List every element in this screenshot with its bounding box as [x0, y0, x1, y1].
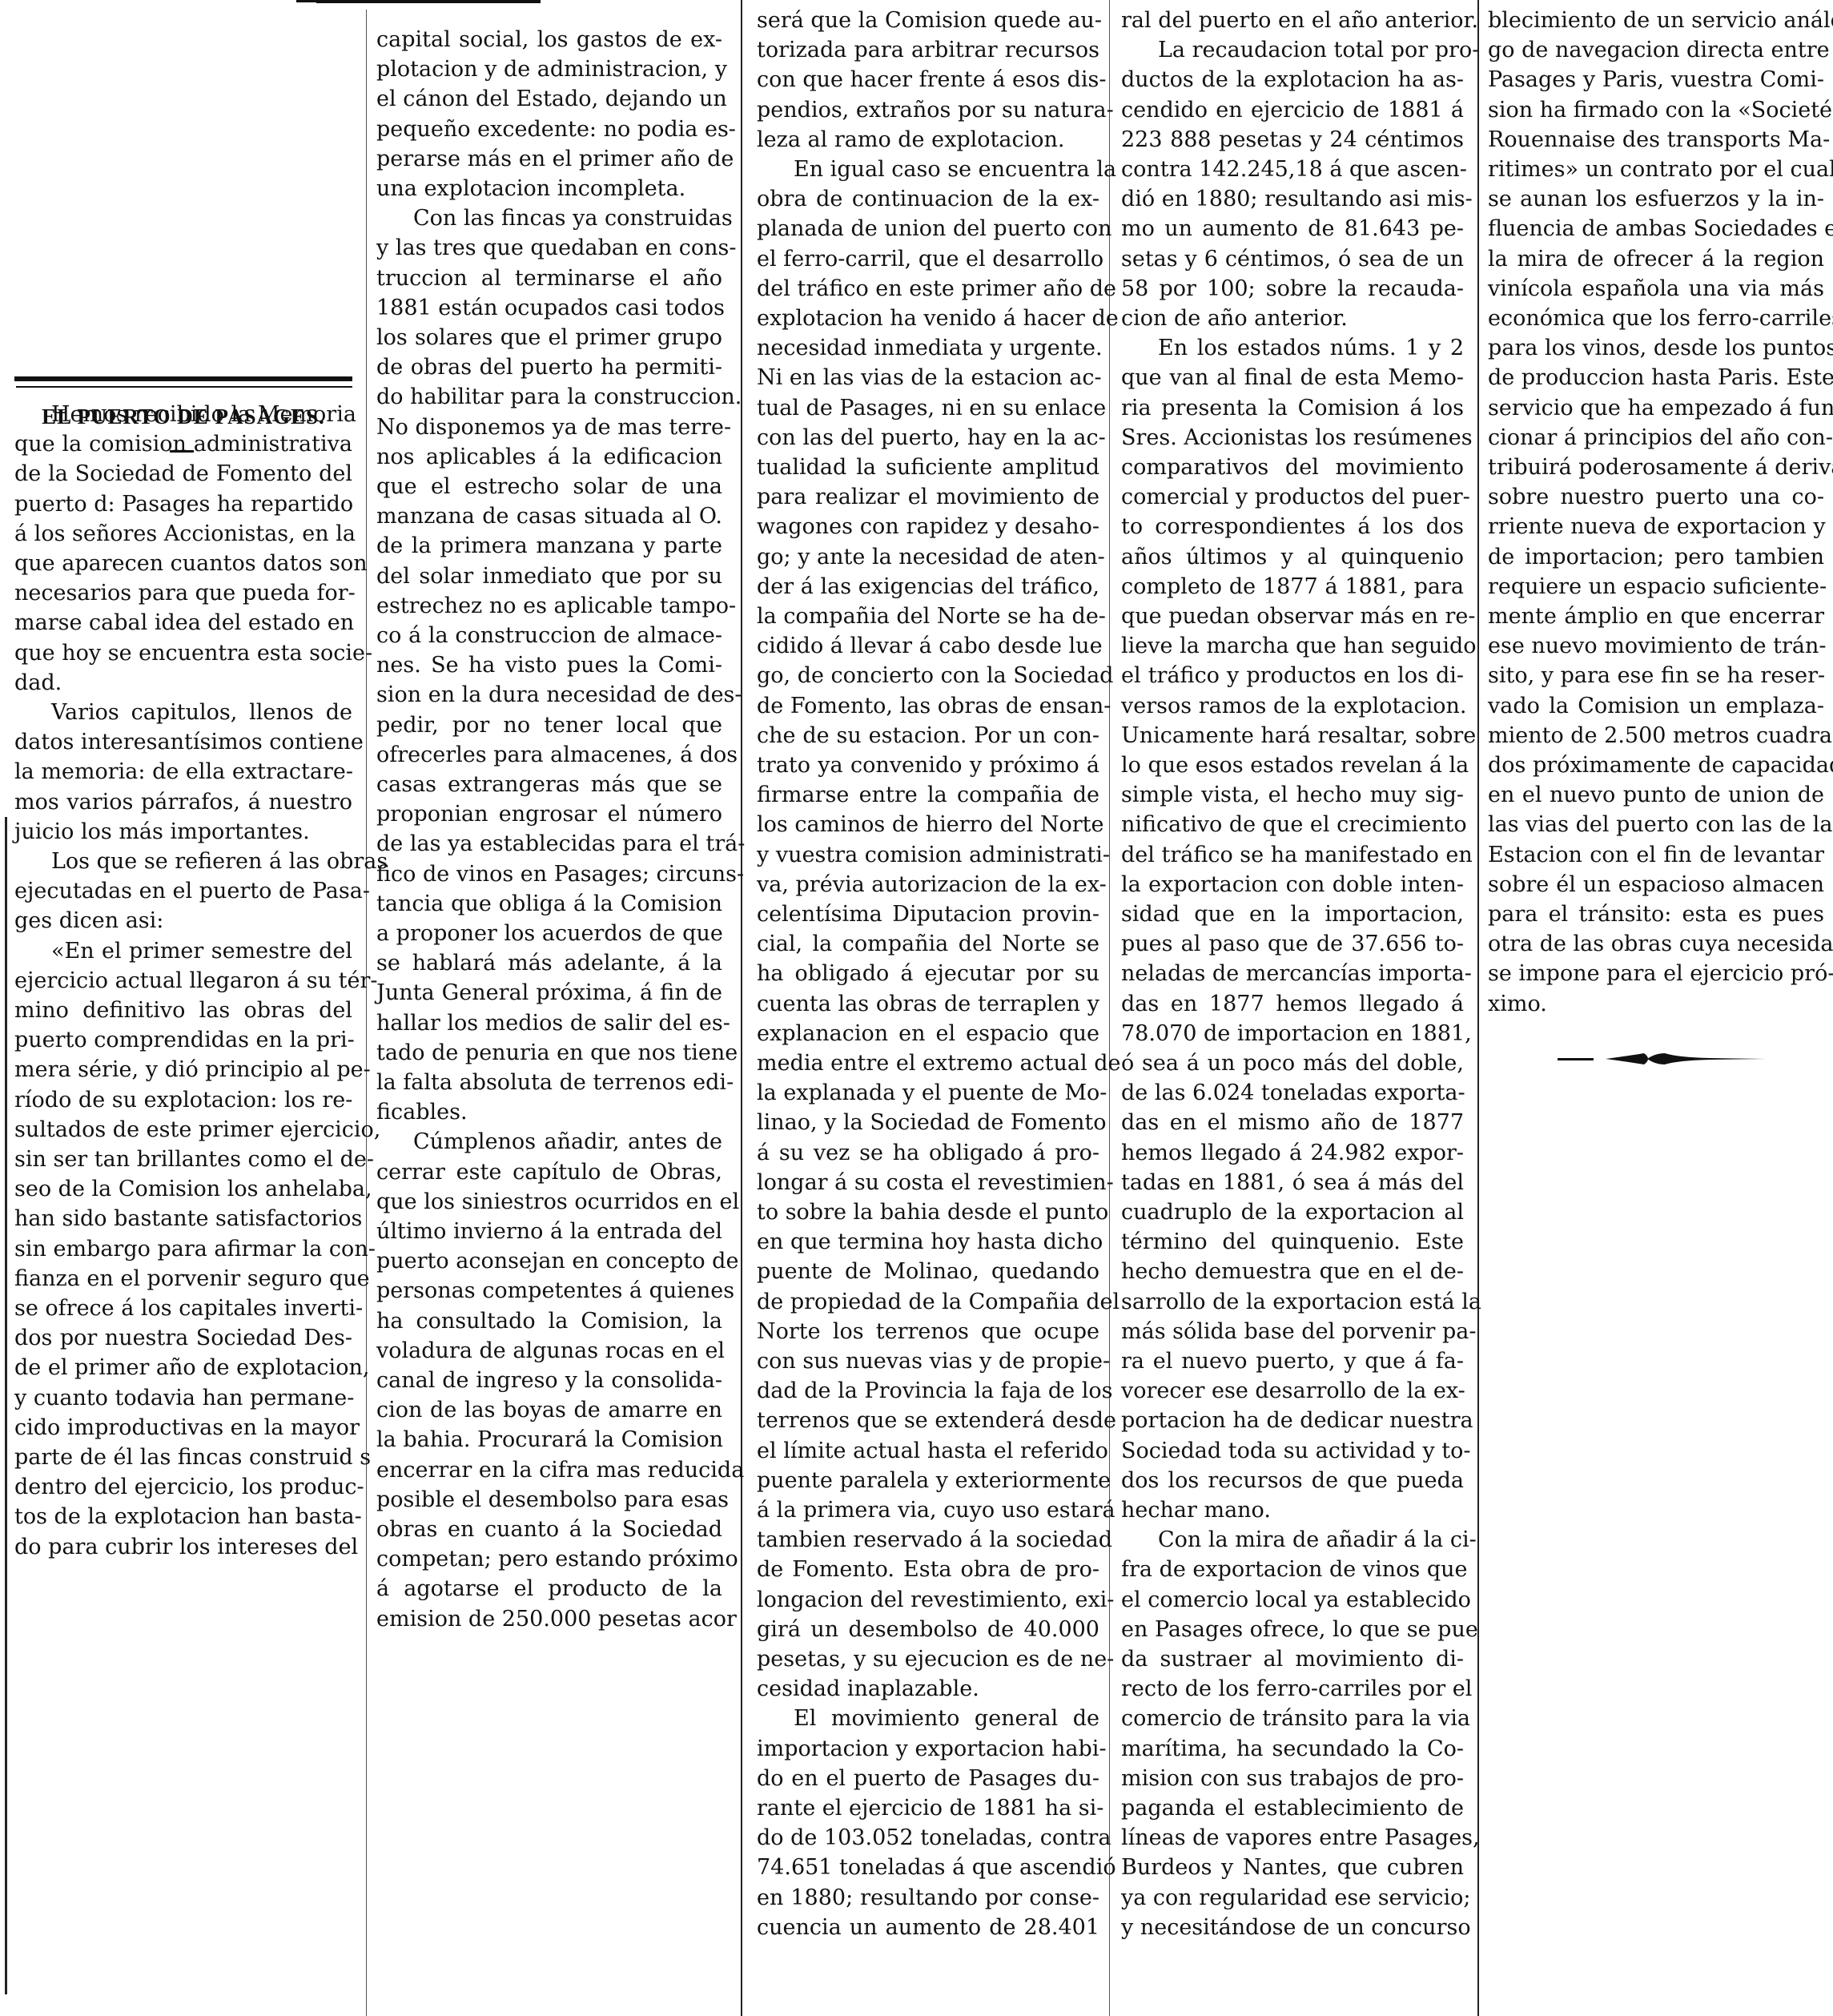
text-line: paganda el establecimiento de	[1121, 1794, 1464, 1823]
text-line: Los que se refieren á las obras	[14, 847, 352, 876]
text-line: ese nuevo movimiento de trán-	[1488, 632, 1824, 661]
text-line: que el estrecho solar de una	[376, 473, 722, 501]
text-line: de la primera manzana y parte	[376, 532, 722, 561]
text-line: Junta General próxima, á fin de	[376, 979, 722, 1008]
text-line: pues al paso que de 37.656 to-	[1121, 930, 1464, 959]
text-line: años últimos y al quinquenio	[1121, 543, 1464, 572]
text-line: ha consultado la Comision, la	[376, 1307, 722, 1336]
text-line: Sres. Accionistas los resúmenes	[1121, 424, 1464, 453]
text-line: el límite actual hasta el referido	[757, 1437, 1099, 1466]
text-line: tualidad la suficiente amplitud	[757, 453, 1099, 482]
text-line: la mira de ofrecer á la region	[1488, 245, 1824, 274]
text-line: cion de las boyas de amarre en	[376, 1396, 722, 1425]
text-line: mino definitivo las obras del	[14, 996, 352, 1025]
text-line: celentísima Diputacion provin-	[757, 900, 1099, 929]
text-line: puerto aconsejan en concepto de	[376, 1247, 722, 1276]
text-line: Ni en las vias de la estacion ac-	[757, 364, 1099, 392]
text-line: mos varios párrafos, á nuestro	[14, 788, 352, 817]
article-column-3: será que la Comision quede au-torizada p…	[757, 6, 1099, 1943]
text-line: cendido en ejercicio de 1881 á	[1121, 96, 1464, 125]
text-line: que los siniestros ocurridos en el	[376, 1188, 722, 1217]
text-line: término del quinquenio. Este	[1121, 1228, 1464, 1257]
text-line: cuadruplo de la exportacion al	[1121, 1198, 1464, 1227]
text-line: Con la mira de añadir á la ci-	[1121, 1526, 1464, 1555]
article-column-5: blecimiento de un servicio análo-go de n…	[1488, 6, 1824, 1020]
end-ornament-icon	[1558, 1051, 1774, 1067]
text-line: necesarios para que pueda for-	[14, 579, 352, 608]
text-line: líneas de vapores entre Pasages,	[1121, 1824, 1464, 1853]
text-line: do de 103.052 toneladas, contra	[757, 1824, 1099, 1853]
text-line: más sólida base del porvenir pa-	[1121, 1318, 1464, 1346]
text-line: la explanada y el puente de Mo-	[757, 1079, 1099, 1108]
text-line: El movimiento general de	[757, 1704, 1099, 1733]
text-line: hallar los medios de salir del es-	[376, 1009, 722, 1038]
text-line: la compañia del Norte se ha de-	[757, 602, 1099, 631]
text-line: ximo.	[1488, 990, 1824, 1019]
text-line: sion ha firmado con la «Societé	[1488, 96, 1824, 125]
text-line: de Fomento, las obras de ensan-	[757, 692, 1099, 721]
text-line: trato ya convenido y próximo á	[757, 751, 1099, 780]
text-line: la memoria: de ella extractare-	[14, 758, 352, 787]
text-line: tual de Pasages, ni en su enlace	[757, 394, 1099, 423]
column-divider-4	[1477, 0, 1479, 2016]
text-line: que hoy se encuentra esta socie-	[14, 639, 352, 668]
text-line: han sido bastante satisfactorios	[14, 1205, 352, 1233]
text-line: la exportacion con doble inten-	[1121, 871, 1464, 899]
text-line: firmarse entre la compañia de	[757, 781, 1099, 810]
text-line: miento de 2.500 metros cuadra-	[1488, 722, 1824, 750]
text-line: último invierno á la entrada del	[376, 1217, 722, 1246]
text-line: 78.070 de importacion en 1881,	[1121, 1020, 1464, 1048]
text-line: dad.	[14, 669, 352, 698]
text-line: que aparecen cuantos datos son	[14, 549, 352, 578]
text-line: perarse más en el primer año de	[376, 145, 722, 174]
text-line: la falta absoluta de terrenos edi-	[376, 1068, 722, 1097]
text-line: linao, y la Sociedad de Fomento	[757, 1109, 1099, 1137]
text-line: Estacion con el fin de levantar	[1488, 841, 1824, 870]
text-line: explanacion en el espacio que	[757, 1020, 1099, 1048]
text-line: mo un aumento de 81.643 pe-	[1121, 215, 1464, 243]
text-line: En igual caso se encuentra la	[757, 155, 1099, 184]
text-line: sultados de este primer ejercicio,	[14, 1116, 352, 1145]
text-line: tambien reservado á la sociedad	[757, 1526, 1099, 1555]
text-line: ria presenta la Comision á los	[1121, 394, 1464, 423]
text-line: blecimiento de un servicio análo-	[1488, 6, 1824, 35]
text-line: ya con regularidad ese servicio;	[1121, 1884, 1464, 1913]
text-line: casas extrangeras más que se	[376, 771, 722, 799]
text-line: fluencia de ambas Sociedades en	[1488, 215, 1824, 243]
text-line: importacion y exportacion habi-	[757, 1735, 1099, 1764]
text-line: marse cabal idea del estado en	[14, 609, 352, 638]
text-line: sarrollo de la exportacion está la	[1121, 1288, 1464, 1317]
text-line: la bahia. Procurará la Comision	[376, 1426, 722, 1455]
article-column-1: Hemos recibido la Memoriaque la comision…	[14, 400, 352, 1563]
text-line: una explotacion incompleta.	[376, 175, 722, 203]
text-line: manzana de casas situada al O.	[376, 502, 722, 531]
text-line: hechar mano.	[1121, 1496, 1464, 1525]
text-line: das en 1877 hemos llegado á	[1121, 990, 1464, 1019]
text-line: de las ya establecidas para el trá-	[376, 830, 722, 859]
text-line: el ferro-carril, que el desarrollo	[757, 245, 1099, 274]
text-line: nificativo de que el crecimiento	[1121, 811, 1464, 839]
text-line: de produccion hasta Paris. Este	[1488, 364, 1824, 392]
text-line: se impone para el ejercicio pró-	[1488, 960, 1824, 988]
text-line: go, de concierto con la Sociedad	[757, 662, 1099, 690]
text-line: Rouennaise des transports Ma-	[1488, 126, 1824, 155]
text-line: ra el nuevo puerto, y que á fa-	[1121, 1347, 1464, 1376]
text-line: para el tránsito: esta es pues	[1488, 900, 1824, 929]
text-line: tribuirá poderosamente á derivar	[1488, 453, 1824, 482]
text-line: 58 por 100; sobre la recauda-	[1121, 275, 1464, 304]
text-line: personas competentes á quienes	[376, 1277, 722, 1306]
text-line: tado de penuria en que nos tiene	[376, 1039, 722, 1068]
text-line: che de su estacion. Por un con-	[757, 722, 1099, 750]
text-line: vorecer ese desarrollo de la ex-	[1121, 1377, 1464, 1406]
text-line: ritimes» un contrato por el cual	[1488, 155, 1824, 184]
text-line: explotacion ha venido á hacer de	[757, 304, 1099, 333]
text-line: sion en la dura necesidad de des-	[376, 681, 722, 710]
text-line: media entre el extremo actual de	[757, 1049, 1099, 1078]
text-line: en 1880; resultando por conse-	[757, 1884, 1099, 1913]
text-line: y vuestra comision administrati-	[757, 841, 1099, 870]
text-line: ríodo de su explotacion: los re-	[14, 1086, 352, 1115]
text-line: que van al final de esta Memo-	[1121, 364, 1464, 392]
text-line: para los vinos, desde los puntos	[1488, 334, 1824, 363]
text-line: en el nuevo punto de union de	[1488, 781, 1824, 810]
text-line: voladura de algunas rocas en el	[376, 1337, 722, 1366]
text-line: en Pasages ofrece, lo que se pue	[1121, 1616, 1464, 1644]
text-line: contra 142.245,18 á que ascen-	[1121, 155, 1464, 184]
text-line: el comercio local ya establecido	[1121, 1586, 1464, 1615]
text-line: requiere un espacio suficiente-	[1488, 573, 1824, 602]
text-line: pequeño excedente: no podia es-	[376, 115, 722, 144]
text-line: do en el puerto de Pasages du-	[757, 1765, 1099, 1793]
top-rule-col2b	[296, 0, 424, 2]
text-line: co á la construccion de almace-	[376, 622, 722, 650]
text-line: Varios capitulos, llenos de	[14, 698, 352, 727]
text-line: da sustraer al movimiento di-	[1121, 1645, 1464, 1674]
text-line: rante el ejercicio de 1881 ha si-	[757, 1794, 1099, 1823]
column-divider-3	[1109, 0, 1110, 2016]
text-line: con las del puerto, hay en la ac-	[757, 424, 1099, 453]
text-line: y necesitándose de un concurso	[1121, 1913, 1464, 1942]
text-line: comparativos del movimiento	[1121, 453, 1464, 482]
text-line: Cúmplenos añadir, antes de	[376, 1128, 722, 1157]
text-line: servicio que ha empezado á fun-	[1488, 394, 1824, 423]
text-line: á la primera via, cuyo uso estará	[757, 1496, 1099, 1525]
text-line: y cuanto todavia han permane-	[14, 1384, 352, 1413]
text-line: do habilitar para la construccion.	[376, 383, 722, 412]
text-line: parte de él las fincas construid s	[14, 1443, 352, 1472]
text-line: capital social, los gastos de ex-	[376, 26, 722, 54]
text-line: competan; pero estando próximo	[376, 1545, 722, 1574]
text-line: sin ser tan brillantes como el de-	[14, 1145, 352, 1174]
text-line: se ofrece á los capitales inverti-	[14, 1294, 352, 1323]
headline-rule-thin	[16, 386, 352, 388]
text-line: comercio de tránsito para la via	[1121, 1704, 1464, 1733]
text-line: sidad que en la importacion,	[1121, 900, 1464, 929]
text-line: to correspondientes á los dos	[1121, 513, 1464, 541]
column-divider-1	[366, 10, 367, 2016]
text-line: En los estados núms. 1 y 2	[1121, 334, 1464, 363]
text-line: dos por nuestra Sociedad Des-	[14, 1324, 352, 1353]
text-line: puerto d: Pasages ha repartido	[14, 490, 352, 519]
text-line: ficables.	[376, 1098, 722, 1127]
text-line: leza al ramo de explotacion.	[757, 126, 1099, 155]
text-line: nes. Se ha visto pues la Comi-	[376, 651, 722, 680]
text-line: a proponer los acuerdos de que	[376, 919, 722, 948]
text-line: der á las exigencias del tráfico,	[757, 573, 1099, 602]
text-line: tadas en 1881, ó sea á más del	[1121, 1169, 1464, 1197]
text-line: «En el primer semestre del	[14, 937, 352, 966]
text-line: obra de continuacion de la ex-	[757, 185, 1099, 214]
text-line: de importacion; pero tambien	[1488, 543, 1824, 572]
text-line: mision con sus trabajos de pro-	[1121, 1765, 1464, 1793]
text-line: sobre nuestro puerto una co-	[1488, 483, 1824, 512]
text-line: wagones con rapidez y desaho-	[757, 513, 1099, 541]
text-line: del tráfico en este primer año de	[757, 275, 1099, 304]
text-line: sito, y para ese fin se ha reser-	[1488, 662, 1824, 690]
text-line: se hablará más adelante, á la	[376, 949, 722, 978]
text-line: tos de la explotacion han basta-	[14, 1503, 352, 1531]
text-line: go; y ante la necesidad de aten-	[757, 543, 1099, 572]
text-line: las vias del puerto con las de la	[1488, 811, 1824, 839]
text-line: dentro del ejercicio, los produc-	[14, 1473, 352, 1502]
text-line: de propiedad de la Compañia del	[757, 1288, 1099, 1317]
text-line: simple vista, el hecho muy sig-	[1121, 781, 1464, 810]
article-column-4: ral del puerto en el año anterior.La rec…	[1121, 6, 1464, 1943]
text-line: pedir, por no tener local que	[376, 711, 722, 740]
text-line: lo que esos estados revelan á la	[1121, 751, 1464, 780]
text-line: No disponemos ya de mas terre-	[376, 413, 722, 442]
text-line: completo de 1877 á 1881, para	[1121, 573, 1464, 602]
text-line: dos próximamente de capacidad	[1488, 751, 1824, 780]
text-line: seo de la Comision los anhelaba,	[14, 1175, 352, 1204]
text-line: do para cubrir los intereses del	[14, 1533, 352, 1562]
text-line: va, prévia autorizacion de la ex-	[757, 871, 1099, 899]
text-line: pendios, extraños por su natura-	[757, 96, 1099, 125]
text-line: cion de año anterior.	[1121, 304, 1464, 333]
text-line: que puedan observar más en re-	[1121, 602, 1464, 631]
text-line: planada de union del puerto con	[757, 215, 1099, 243]
text-line: torizada para arbitrar recursos	[757, 36, 1099, 65]
text-line: La recaudacion total por pro-	[1121, 36, 1464, 65]
text-line: canal de ingreso y la consolida-	[376, 1366, 722, 1395]
text-line: Sociedad toda su actividad y to-	[1121, 1437, 1464, 1466]
text-line: á los señores Accionistas, en la	[14, 520, 352, 549]
text-line: que la comision administrativa	[14, 430, 352, 459]
text-line: de las 6.024 toneladas exporta-	[1121, 1079, 1464, 1108]
text-line: vado la Comision un emplaza-	[1488, 692, 1824, 721]
text-line: dos los recursos de que pueda	[1121, 1467, 1464, 1495]
text-line: to sobre la bahia desde el punto	[757, 1198, 1099, 1227]
text-line: emision de 250.000 pesetas acor	[376, 1605, 722, 1634]
text-line: nos aplicables á la edificacion	[376, 443, 722, 472]
text-line: puente paralela y exteriormente	[757, 1467, 1099, 1495]
text-line: cionar á principios del año con-	[1488, 424, 1824, 453]
text-line: cial, la compañia del Norte se	[757, 930, 1099, 959]
text-line: cesidad inaplazable.	[757, 1675, 1099, 1704]
text-line: con sus nuevas vias y de propie-	[757, 1347, 1099, 1376]
text-line: terrenos que se extenderá desde	[757, 1406, 1099, 1435]
text-line: los solares que el primer grupo	[376, 324, 722, 352]
text-line: del solar inmediato que por su	[376, 562, 722, 591]
text-line: pesetas, y su ejecucion es de ne-	[757, 1645, 1099, 1674]
text-line: portacion ha de dedicar nuestra	[1121, 1406, 1464, 1435]
text-line: Unicamente hará resaltar, sobre	[1121, 722, 1464, 750]
text-line: sobre él un espacioso almacen	[1488, 871, 1824, 899]
text-line: cido improductivas en la mayor	[14, 1414, 352, 1443]
text-line: setas y 6 céntimos, ó sea de un	[1121, 245, 1464, 274]
text-line: necesidad inmediata y urgente.	[757, 334, 1099, 363]
text-line: de Fomento. Esta obra de pro-	[757, 1555, 1099, 1584]
text-line: fico de vinos en Pasages; circuns-	[376, 860, 722, 889]
text-line: obras en cuanto á la Sociedad	[376, 1515, 722, 1544]
text-line: con que hacer frente á esos dis-	[757, 66, 1099, 95]
text-line: hecho demuestra que en el de-	[1121, 1257, 1464, 1286]
text-line: cuencia un aumento de 28.401	[757, 1913, 1099, 1942]
text-line: puerto comprendidas en la pri-	[14, 1026, 352, 1055]
text-line: vinícola española una via más	[1488, 275, 1824, 304]
text-line: el tráfico y productos en los di-	[1121, 662, 1464, 690]
text-line: dad de la Provincia la faja de los	[757, 1377, 1099, 1406]
text-line: hemos llegado á 24.982 expor-	[1121, 1139, 1464, 1168]
text-line: ral del puerto en el año anterior.	[1121, 6, 1464, 35]
text-line: será que la Comision quede au-	[757, 6, 1099, 35]
text-line: neladas de mercancías importa-	[1121, 960, 1464, 988]
text-line: se aunan los esfuerzos y la in-	[1488, 185, 1824, 214]
text-line: longar á su costa el revestimien-	[757, 1169, 1099, 1197]
text-line: ges dicen asi:	[14, 907, 352, 936]
text-line: ofrecerles para almacenes, á dos	[376, 741, 722, 770]
text-line: fianza en el porvenir seguro que	[14, 1265, 352, 1294]
text-line: posible el desembolso para esas	[376, 1486, 722, 1515]
article-column-2: capital social, los gastos de ex-plotaci…	[376, 26, 722, 1635]
text-line: económica que los ferro-carriles	[1488, 304, 1824, 333]
text-line: de el primer año de explotacion,	[14, 1354, 352, 1382]
text-line: ó sea á un poco más del doble,	[1121, 1049, 1464, 1078]
text-line: dió en 1880; resultando asi mis-	[1121, 185, 1464, 214]
text-line: Norte los terrenos que ocupe	[757, 1318, 1099, 1346]
text-line: á agotarse el producto de la	[376, 1575, 722, 1604]
text-line: mera série, y dió principio al pe-	[14, 1056, 352, 1084]
text-line: 74.651 toneladas á que ascendió	[757, 1853, 1099, 1882]
text-line: de obras del puerto ha permiti-	[376, 353, 722, 382]
text-line: truccion al terminarse el año	[376, 264, 722, 293]
text-line: tancia que obliga á la Comision	[376, 890, 722, 919]
text-line: cuenta las obras de terraplen y	[757, 990, 1099, 1019]
text-line: ha obligado á ejecutar por su	[757, 960, 1099, 988]
text-line: go de navegacion directa entre	[1488, 36, 1824, 65]
text-line: girá un desembolso de 40.000	[757, 1616, 1099, 1644]
text-line: cerrar este capítulo de Obras,	[376, 1158, 722, 1187]
text-line: datos interesantísimos contiene	[14, 728, 352, 757]
text-line: rriente nueva de exportacion y	[1488, 513, 1824, 541]
text-line: 1881 están ocupados casi todos	[376, 294, 722, 323]
text-line: versos ramos de la explotacion.	[1121, 692, 1464, 721]
text-line: de la Sociedad de Fomento del	[14, 460, 352, 489]
text-line: y las tres que quedaban en cons-	[376, 234, 722, 263]
text-line: ejecutadas en el puerto de Pasa-	[14, 877, 352, 906]
text-line: proponian engrosar el número	[376, 800, 722, 829]
text-line: Pasages y Paris, vuestra Comi-	[1488, 66, 1824, 95]
text-line: ejercicio actual llegaron á su tér-	[14, 967, 352, 996]
text-line: cidido á llevar á cabo desde lue	[757, 632, 1099, 661]
text-line: sin embargo para afirmar la con-	[14, 1235, 352, 1264]
text-line: marítima, ha secundado la Co-	[1121, 1735, 1464, 1764]
left-margin-rule	[5, 817, 7, 1994]
text-line: encerrar en la cifra mas reducida	[376, 1456, 722, 1485]
text-line: 223 888 pesetas y 24 céntimos	[1121, 126, 1464, 155]
text-line: comercial y productos del puer-	[1121, 483, 1464, 512]
text-line: mente ámplio en que encerrar	[1488, 602, 1824, 631]
text-line: Hemos recibido la Memoria	[14, 400, 352, 429]
headline-rule-thick	[14, 376, 352, 381]
text-line: puente de Molinao, quedando	[757, 1257, 1099, 1286]
text-line: el cánon del Estado, dejando un	[376, 85, 722, 114]
text-line: del tráfico se ha manifestado en	[1121, 841, 1464, 870]
text-line: en que termina hoy hasta dicho	[757, 1228, 1099, 1257]
text-line: los caminos de hierro del Norte	[757, 811, 1099, 839]
text-line: longacion del revestimiento, exi-	[757, 1586, 1099, 1615]
text-line: recto de los ferro-carriles por el	[1121, 1675, 1464, 1704]
text-line: á su vez se ha obligado á pro-	[757, 1139, 1099, 1168]
text-line: estrechez no es aplicable tampo-	[376, 592, 722, 621]
text-line: plotacion y de administracion, y	[376, 55, 722, 84]
text-line: otra de las obras cuya necesidad	[1488, 930, 1824, 959]
text-line: das en el mismo año de 1877	[1121, 1109, 1464, 1137]
text-line: Burdeos y Nantes, que cubren	[1121, 1853, 1464, 1882]
text-line: lieve la marcha que han seguido	[1121, 632, 1464, 661]
text-line: ductos de la explotacion ha as-	[1121, 66, 1464, 95]
column-divider-2	[741, 0, 742, 2016]
text-line: juicio los más importantes.	[14, 818, 352, 847]
text-line: Con las fincas ya construidas	[376, 204, 722, 233]
text-line: para realizar el movimiento de	[757, 483, 1099, 512]
text-line: fra de exportacion de vinos que	[1121, 1555, 1464, 1584]
